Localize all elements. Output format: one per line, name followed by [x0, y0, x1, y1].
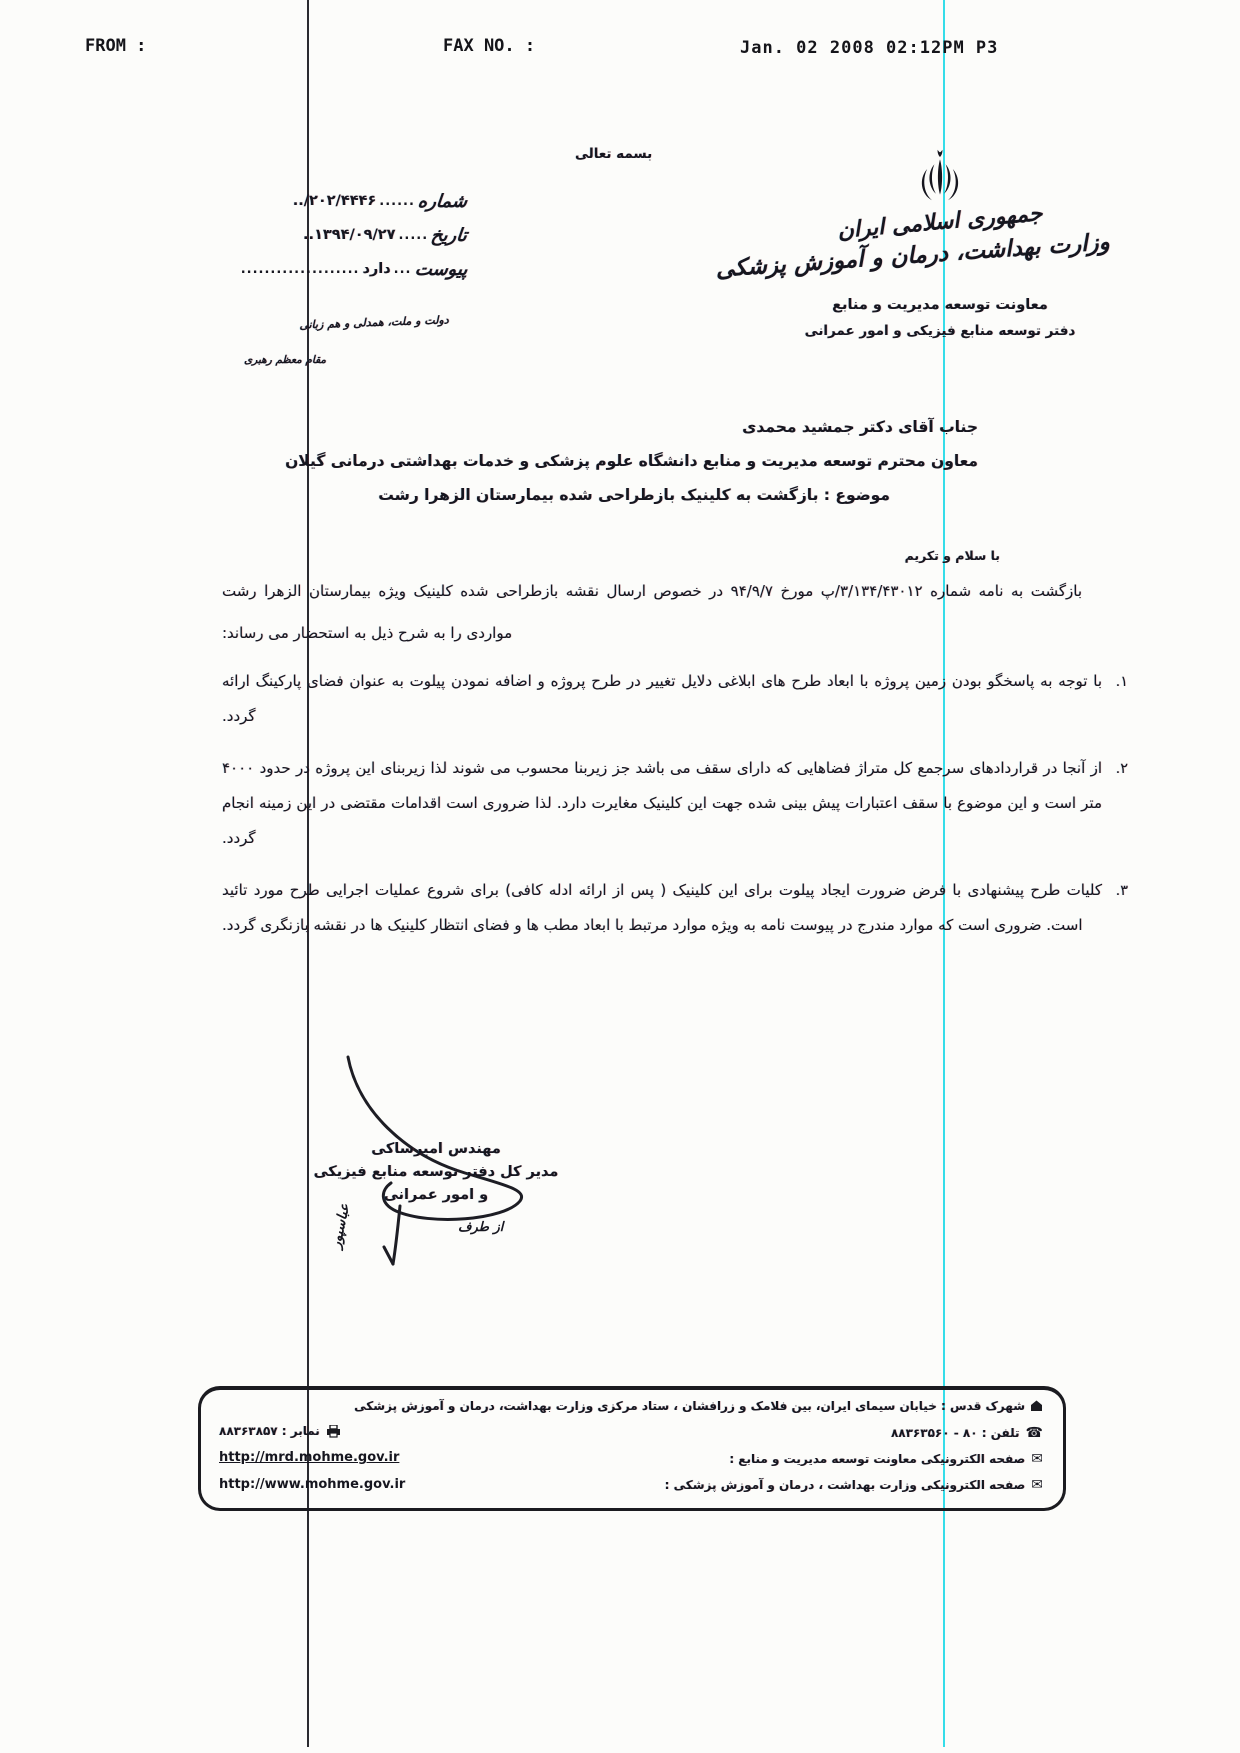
- footer-email-deputy-row: ✉ صفحه الکترونیکی معاونت توسعه مدیریت و …: [729, 1452, 1043, 1466]
- address-icon: [1030, 1400, 1043, 1412]
- list-item: ۱. با توجه به پاسخگو بودن زمین پروژه با …: [222, 664, 1128, 734]
- letterhead-office: دفتر توسعه منابع فیزیکی و امور عمرانی: [770, 323, 1110, 339]
- list-item: ۳. کلیات طرح پیشنهادی با فرض ضرورت ایجاد…: [222, 873, 1128, 943]
- mohme-website-link[interactable]: http://www.mohme.gov.ir: [219, 1477, 405, 1492]
- footer-phone-text: تلفن : ۸۰ - ۸۸۳۶۳۵۶۰: [891, 1426, 1020, 1440]
- item-text: از آنجا در قراردادهای سرجمع کل متراژ فضا…: [222, 751, 1102, 856]
- letter-stamp-fields: شماره ...... ../۲۰۲/۴۴۴۶ تاریخ ..... ..۱…: [185, 184, 467, 286]
- item-number: ۲.: [1102, 751, 1128, 856]
- recipient-block: جناب آقای دکتر جمشید محمدی معاون محترم ت…: [285, 410, 978, 512]
- date-value: ..۱۳۹۴/۰۹/۲۷: [303, 227, 395, 243]
- mrd-website-link[interactable]: http://mrd.mohme.gov.ir: [219, 1450, 399, 1465]
- signatory-name: مهندس امیرساکی: [300, 1138, 572, 1161]
- stamp-number-row: شماره ...... ../۲۰۲/۴۴۴۶: [185, 184, 467, 218]
- stamp-attachment-row: پیوست ... دارد ....................: [185, 252, 467, 286]
- letterhead: جمهوری اسلامی ایران وزارت بهداشت، درمان …: [770, 148, 1110, 339]
- besmele-invocation: بسمه تعالی: [575, 146, 652, 162]
- footer-address-row: شهرک قدس : خیابان سیمای ایران، بین فلامک…: [354, 1399, 1043, 1413]
- item-text: با توجه به پاسخگو بودن زمین پروژه با ابع…: [222, 664, 1102, 734]
- footer-fax-row: نمابر : ۸۸۳۶۳۸۵۷: [219, 1424, 341, 1438]
- stamp-date-row: تاریخ ..... ..۱۳۹۴/۰۹/۲۷: [185, 218, 467, 252]
- fax-number-label: FAX NO. :: [443, 36, 535, 56]
- year-slogan: دولت و ملت، همدلی و هم زبانی: [296, 313, 452, 331]
- subject-line: موضوع : بازگشت به کلینیک بازطراحی شده بی…: [285, 478, 890, 512]
- recipient-name: جناب آقای دکتر جمشید محمدی: [285, 410, 978, 444]
- date-label: تاریخ: [430, 225, 468, 246]
- salutation: با سلام و تکریم: [905, 548, 1000, 563]
- footer-phone-row: ☎ تلفن : ۸۰ - ۸۸۳۶۳۵۶۰: [891, 1426, 1043, 1440]
- letter-body: بازگشت به نامه شماره ۳/۱۳۴/۴۳۰۱۲/پ مورخ …: [222, 570, 1128, 960]
- footer-email-deputy-text: صفحه الکترونیکی معاونت توسعه مدیریت و من…: [729, 1452, 1025, 1466]
- footer-contact-box: شهرک قدس : خیابان سیمای ایران، بین فلامک…: [198, 1386, 1066, 1511]
- on-behalf-label: از طرف: [458, 1220, 503, 1235]
- fax-printer-icon: [326, 1425, 341, 1438]
- footer-email-ministry-text: صفحه الکترونیکی وزارت بهداشت ، درمان و آ…: [665, 1478, 1026, 1492]
- fax-document-page: FROM : FAX NO. : Jan. 02 2008 02:12PM P3…: [0, 0, 1240, 1753]
- iran-emblem-icon: [916, 148, 964, 206]
- attachment-tail-dots: ....................: [241, 262, 360, 277]
- letterhead-deputy: معاونت توسعه مدیریت و منابع: [770, 297, 1110, 313]
- item-number: ۱.: [1102, 664, 1128, 734]
- attachment-dots: ...: [394, 262, 412, 277]
- number-dots: ......: [379, 194, 415, 209]
- number-value: ../۲۰۲/۴۴۴۶: [293, 193, 377, 209]
- attachment-label: پیوست: [413, 259, 468, 280]
- fax-timestamp: Jan. 02 2008 02:12PM P3: [740, 38, 998, 58]
- phone-icon: ☎: [1026, 1426, 1043, 1440]
- envelope-icon: ✉: [1031, 1478, 1043, 1492]
- fax-from-label: FROM :: [85, 36, 146, 56]
- item-number: ۳.: [1102, 873, 1128, 943]
- footer-fax-text: نمابر : ۸۸۳۶۳۸۵۷: [219, 1424, 320, 1438]
- body-intro-paragraph: بازگشت به نامه شماره ۳/۱۳۴/۴۳۰۱۲/پ مورخ …: [222, 570, 1128, 654]
- footer-address-text: شهرک قدس : خیابان سیمای ایران، بین فلامک…: [354, 1399, 1025, 1413]
- number-label: شماره: [417, 191, 468, 212]
- signatory-identity: مهندس امیرساکی مدیر کل دفتر توسعه منابع …: [300, 1138, 572, 1207]
- footer-email-ministry-row: ✉ صفحه الکترونیکی وزارت بهداشت ، درمان و…: [665, 1478, 1043, 1492]
- signatory-title-line1: مدیر کل دفتر توسعه منابع فیزیکی: [300, 1161, 572, 1184]
- item-text: کلیات طرح پیشنهادی با فرض ضرورت ایجاد پی…: [222, 873, 1102, 943]
- recipient-title: معاون محترم توسعه مدیریت و منابع دانشگاه…: [285, 444, 978, 478]
- slogan-attribution: مقام معظم رهبری: [244, 354, 326, 366]
- signature-block: مهندس امیرساکی مدیر کل دفتر توسعه منابع …: [300, 1040, 650, 1275]
- fax-transmission-header: FROM : FAX NO. : Jan. 02 2008 02:12PM P3: [0, 36, 1240, 60]
- envelope-icon: ✉: [1031, 1452, 1043, 1466]
- attachment-value: دارد: [362, 261, 390, 277]
- date-dots: .....: [398, 228, 428, 243]
- list-item: ۲. از آنجا در قراردادهای سرجمع کل متراژ …: [222, 751, 1128, 856]
